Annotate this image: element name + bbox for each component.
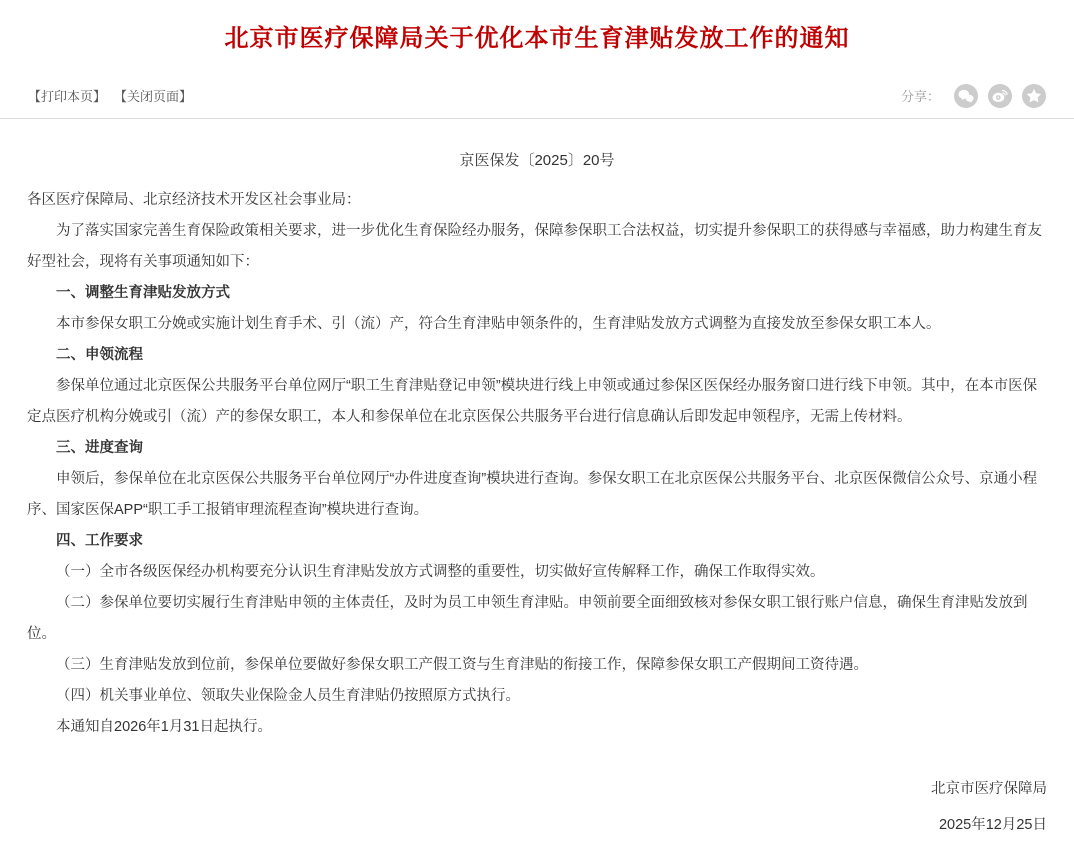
- toolbar: 【打印本页】 【关闭页面】 分享：: [0, 56, 1074, 118]
- section-heading-4: 四、工作要求: [27, 526, 1047, 557]
- page-title: 北京市医疗保障局关于优化本市生育津贴发放工作的通知: [0, 0, 1074, 56]
- paragraph: 本市参保女职工分娩或实施计划生育手术、引（流）产，符合生育津贴申领条件的，生育津…: [27, 309, 1047, 340]
- signature-block: 北京市医疗保障局 2025年12月25日: [27, 771, 1047, 867]
- paragraph: 申领后，参保单位在北京医保公共服务平台单位网厅“办件进度查询”模块进行查询。参保…: [27, 464, 1047, 526]
- qzone-star-icon[interactable]: [1022, 84, 1046, 108]
- print-page-link[interactable]: 【打印本页】: [28, 86, 106, 105]
- issue-date: 2025年12月25日: [27, 807, 1047, 843]
- paragraph: 参保单位通过北京医保公共服务平台单位网厅“职工生育津贴登记申领”模块进行线上申领…: [27, 371, 1047, 433]
- paragraph: （一）全市各级医保经办机构要充分认识生育津贴发放方式调整的重要性，切实做好宣传解…: [27, 557, 1047, 588]
- section-heading-2: 二、申领流程: [27, 340, 1047, 371]
- section-heading-3: 三、进度查询: [27, 433, 1047, 464]
- paragraph-intro: 为了落实国家完善生育保险政策相关要求，进一步优化生育保险经办服务，保障参保职工合…: [27, 216, 1047, 278]
- notice-body: 京医保发〔2025〕20号 各区医疗保障局、北京经济技术开发区社会事业局： 为了…: [0, 119, 1074, 867]
- paragraph: （四）机关事业单位、领取失业保险金人员生育津贴仍按照原方式执行。: [27, 681, 1047, 712]
- notice-page: 北京市医疗保障局关于优化本市生育津贴发放工作的通知 【打印本页】 【关闭页面】 …: [0, 0, 1074, 867]
- paragraph: （三）生育津贴发放到位前，参保单位要做好参保女职工产假工资与生育津贴的衔接工作，…: [27, 650, 1047, 681]
- salutation: 各区医疗保障局、北京经济技术开发区社会事业局：: [27, 176, 1047, 216]
- share-label: 分享：: [901, 86, 940, 105]
- toolbar-left: 【打印本页】 【关闭页面】: [28, 86, 192, 105]
- share-bar: 分享：: [901, 84, 1046, 108]
- close-page-link[interactable]: 【关闭页面】: [114, 86, 192, 105]
- section-heading-1: 一、调整生育津贴发放方式: [27, 278, 1047, 309]
- paragraph: （二）参保单位要切实履行生育津贴申领的主体责任，及时为员工申领生育津贴。申领前要…: [27, 588, 1047, 650]
- paragraph-effective-date: 本通知自2026年1月31日起执行。: [27, 712, 1047, 743]
- weibo-icon[interactable]: [988, 84, 1012, 108]
- document-number: 京医保发〔2025〕20号: [27, 119, 1047, 176]
- wechat-icon[interactable]: [954, 84, 978, 108]
- issuer-name: 北京市医疗保障局: [27, 771, 1047, 807]
